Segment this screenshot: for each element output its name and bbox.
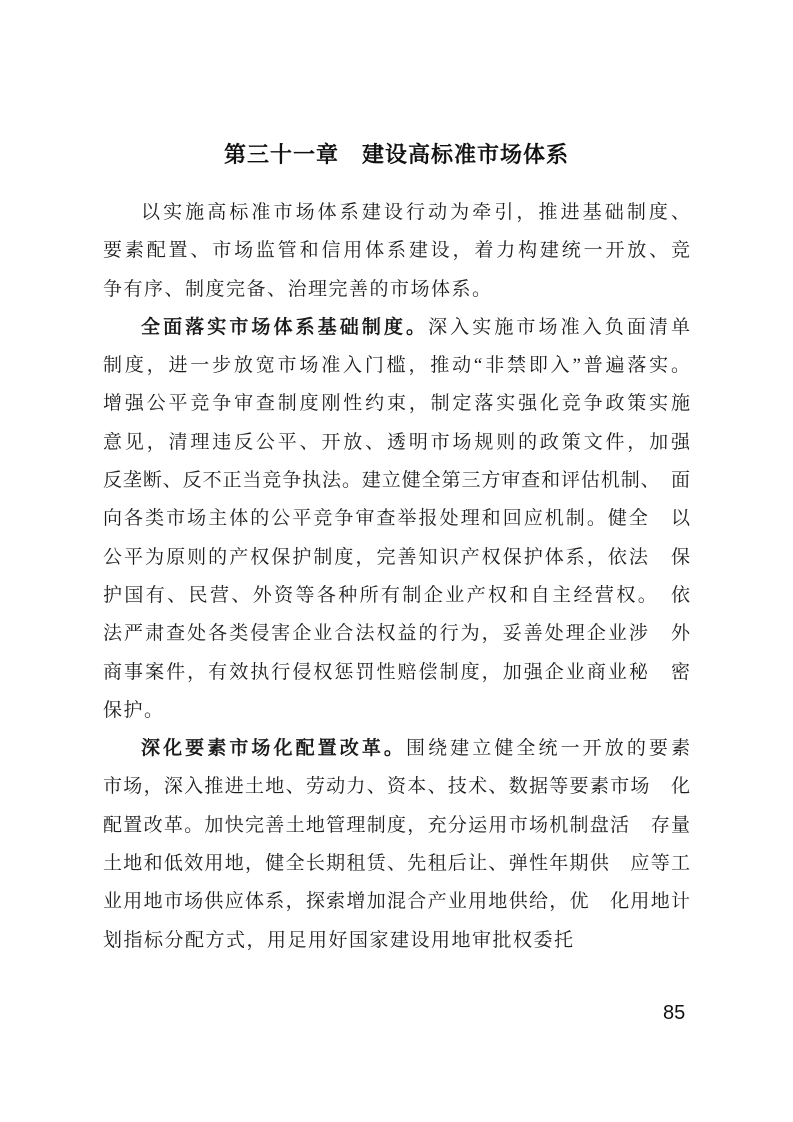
lead-rest-text: 深入实施市场准入负面清单 — [428, 317, 690, 338]
text-line: 制度，进一步放宽市场准入门槛，推动“非禁即入”普遍落实。 — [103, 347, 690, 385]
chapter-title: 第三十一章 建设高标准市场体系 — [103, 139, 690, 171]
text-line: 要素配置、市场监管和信用体系建设，着力构建统一开放、竞 — [103, 232, 690, 270]
text-line: 土地和低效用地，健全长期租赁、先租后让、弹性年期供 应等工 — [103, 845, 690, 883]
bold-lead-text: 全面落实市场体系基础制度。 — [141, 317, 428, 338]
text-line: 业用地市场供应体系，探索增加混合产业用地供给，优 化用地计 — [103, 883, 690, 921]
text-line: 意见，清理违反公平、开放、透明市场规则的政策文件，加强 — [103, 424, 690, 462]
page-number: 85 — [663, 1000, 685, 1026]
paragraph-market-foundation: 全面落实市场体系基础制度。深入实施市场准入负面清单 制度，进一步放宽市场准入门槛… — [103, 309, 690, 730]
text-line: 向各类市场主体的公平竞争审查举报处理和回应机制。健全 以 — [103, 500, 690, 538]
text-line: 深化要素市场化配置改革。围绕建立健全统一开放的要素 — [103, 730, 690, 768]
text-line: 商事案件，有效执行侵权惩罚性赔偿制度，加强企业商业秘 密 — [103, 654, 690, 692]
paragraph-intro: 以实施高标准市场体系建设行动为牵引，推进基础制度、 要素配置、市场监管和信用体系… — [103, 194, 690, 309]
text-line: 保护。 — [103, 692, 690, 730]
text-line: 反垄断、反不正当竞争执法。建立健全第三方审查和评估机制、 面 — [103, 462, 690, 500]
document-page: 第三十一章 建设高标准市场体系 以实施高标准市场体系建设行动为牵引，推进基础制度… — [0, 0, 793, 1122]
text-line: 配置改革。加快完善土地管理制度，充分运用市场机制盘活 存量 — [103, 807, 690, 845]
paragraph-factor-reform: 深化要素市场化配置改革。围绕建立健全统一开放的要素 市场，深入推进土地、劳动力、… — [103, 730, 690, 960]
text-line: 以实施高标准市场体系建设行动为牵引，推进基础制度、 — [103, 194, 690, 232]
page-body: 以实施高标准市场体系建设行动为牵引，推进基础制度、 要素配置、市场监管和信用体系… — [103, 194, 690, 960]
text-line: 市场，深入推进土地、劳动力、资本、技术、数据等要素市场 化 — [103, 768, 690, 806]
text-line: 全面落实市场体系基础制度。深入实施市场准入负面清单 — [103, 309, 690, 347]
text-line: 增强公平竞争审查制度刚性约束，制定落实强化竞争政策实施 — [103, 385, 690, 423]
bold-lead-text: 深化要素市场化配置改革。 — [141, 738, 406, 759]
text-line: 争有序、制度完备、治理完善的市场体系。 — [103, 271, 690, 309]
lead-rest-text: 围绕建立健全统一开放的要素 — [406, 738, 690, 759]
text-line: 护国有、民营、外资等各种所有制企业产权和自主经营权。 依 — [103, 577, 690, 615]
text-line: 公平为原则的产权保护制度，完善知识产权保护体系，依法 保 — [103, 539, 690, 577]
text-line: 划指标分配方式，用足用好国家建设用地审批权委托 — [103, 922, 690, 960]
text-line: 法严肃查处各类侵害企业合法权益的行为，妥善处理企业涉 外 — [103, 615, 690, 653]
